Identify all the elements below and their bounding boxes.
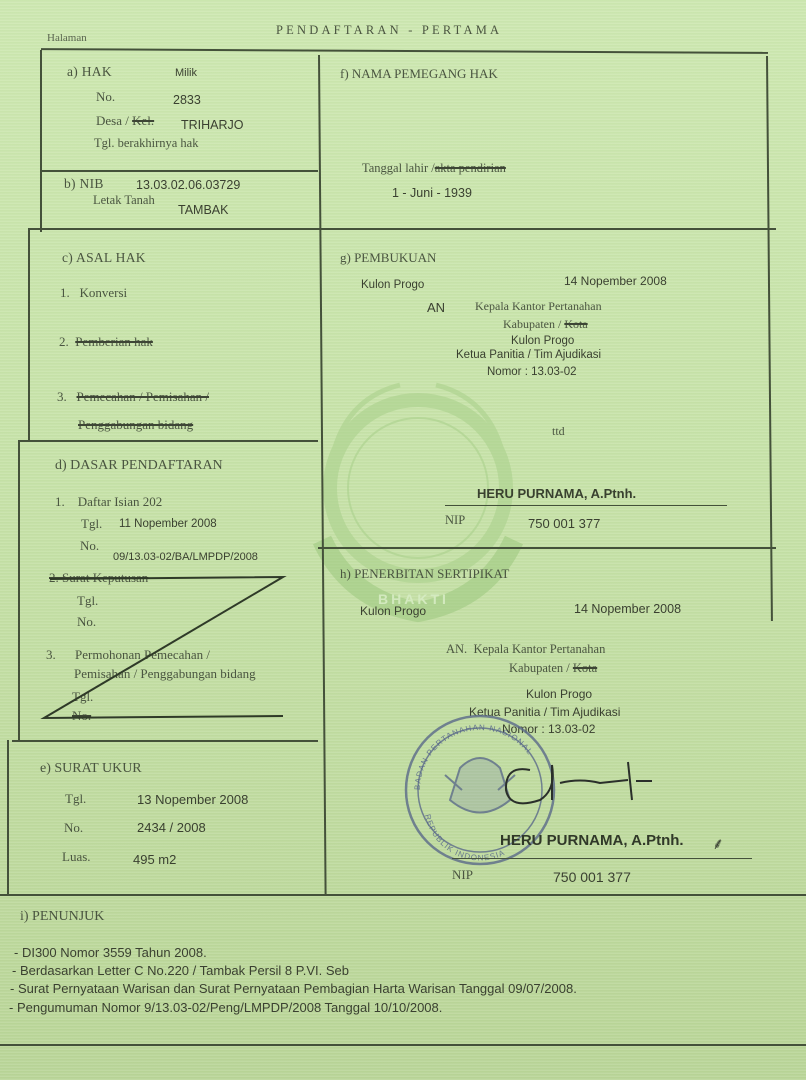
berakhir-label: Tgl. berakhirnya hak (94, 136, 198, 151)
section-a-heading: a) HAK (67, 64, 112, 80)
penunjuk-item: - DI300 Nomor 3559 Tahun 2008. (14, 945, 207, 960)
section-f-heading: f) NAMA PEMEGANG HAK (340, 66, 498, 82)
section-d-heading: d) DASAR PENDAFTARAN (55, 458, 223, 474)
asal-hak-item-2: 2. Pemberian hak (59, 334, 153, 350)
asal-hak-item-3: 3. Pemecahan / Pemisahan / (57, 389, 209, 405)
dasar-item-1-no-label: No. (80, 538, 99, 554)
pembukuan-office-1: Kepala Kantor Pertanahan (475, 299, 602, 314)
penunjuk-item: - Berdasarkan Letter C No.220 / Tambak P… (12, 963, 349, 978)
pembukuan-office-4: Ketua Panitia / Tim Ajudikasi (456, 349, 601, 361)
pembukuan-ttd: ttd (552, 424, 565, 439)
penerbitan-office-4: Ketua Panitia / Tim Ajudikasi (469, 705, 620, 719)
stamp-text-bottom: REPUBLIK INDONESIA (423, 813, 507, 862)
dasar-item-2-tgl: Tgl. (77, 593, 98, 609)
dasar-item-1: 1. Daftar Isian 202 (55, 494, 162, 510)
tanggal-struck-text: akta pendirian (435, 161, 506, 175)
signature (506, 762, 652, 803)
penerbitan-office-5: Nomor : 13.03-02 (502, 722, 595, 736)
no-label: No. (96, 89, 115, 105)
paraf-mark-icon: ⸙ (712, 832, 724, 854)
page-title: PENDAFTARAN - PERTAMA (276, 23, 502, 38)
dasar-item-3-no: No. (72, 708, 91, 724)
dasar-item-1-tgl-value: 11 Nopember 2008 (119, 518, 217, 530)
dasar-item-2: 2. Surat Keputusan (49, 570, 148, 586)
dasar-item-1-no-value: 09/13.03-02/BA/LMPDP/2008 (113, 551, 258, 563)
surat-ukur-luas-value: 495 m2 (133, 852, 176, 867)
penerbitan-place: Kulon Progo (360, 604, 426, 618)
surat-ukur-tgl-label: Tgl. (65, 791, 86, 807)
pembukuan-office-2: Kabupaten / Kota (503, 317, 588, 332)
letak-value: TAMBAK (178, 203, 228, 217)
asal-hak-item-3-cont: Penggabungan bidang (78, 417, 193, 433)
pembukuan-nip-value: 750 001 377 (528, 516, 600, 531)
dasar-item-3-tgl: Tgl. (72, 689, 93, 705)
svg-text:REPUBLIK INDONESIA: REPUBLIK INDONESIA (423, 813, 507, 862)
section-c-heading: c) ASAL HAK (62, 250, 146, 266)
letak-label: Letak Tanah (93, 193, 155, 208)
dasar-item-3-line1: Permohonan Pemecahan / (75, 647, 210, 663)
nib-value: 13.03.02.06.03729 (136, 178, 240, 192)
penerbitan-office-2: Kabupaten / Kota (509, 661, 597, 676)
section-i-heading: i) PENUNJUK (20, 909, 104, 925)
dasar-item-3-num: 3. (46, 647, 56, 663)
surat-ukur-no-value: 2434 / 2008 (137, 820, 206, 835)
desa-struck-text: Kel. (132, 113, 154, 128)
penerbitan-date: 14 Nopember 2008 (574, 602, 681, 616)
pembukuan-office-5: Nomor : 13.03-02 (487, 366, 577, 378)
section-e-heading: e) SURAT UKUR (40, 761, 142, 777)
dasar-item-2-no: No. (77, 614, 96, 630)
surat-ukur-tgl-value: 13 Nopember 2008 (137, 792, 248, 807)
hak-value: Milik (175, 67, 197, 79)
penunjuk-item: - Surat Pernyataan Warisan dan Surat Per… (10, 981, 577, 996)
penerbitan-office-3: Kulon Progo (526, 687, 592, 701)
surat-ukur-no-label: No. (64, 820, 83, 836)
pembukuan-place: Kulon Progo (361, 279, 424, 291)
penerbitan-nip-label: NIP (452, 867, 473, 883)
penerbitan-office-1: AN. Kepala Kantor Pertanahan (446, 642, 605, 657)
tanggal-lahir-label: Tanggal lahir /akta pendirian (362, 161, 506, 176)
tanggal-lahir-value: 1 - Juni - 1939 (392, 186, 472, 200)
desa-value: TRIHARJO (181, 118, 244, 132)
pembukuan-signer: HERU PURNAMA, A.Ptnh. (477, 486, 636, 501)
asal-hak-item-1: 1. Konversi (60, 285, 127, 301)
section-h-heading: h) PENERBITAN SERTIPIKAT (340, 566, 509, 582)
penunjuk-item: - Pengumuman Nomor 9/13.03-02/Peng/LMPDP… (9, 1000, 442, 1015)
nib-label: b) NIB (64, 176, 104, 192)
section-g-heading: g) PEMBUKUAN (340, 250, 436, 266)
dasar-item-1-tgl-label: Tgl. (81, 516, 102, 532)
pembukuan-nip-label: NIP (445, 513, 465, 528)
surat-ukur-luas-label: Luas. (62, 849, 91, 865)
dasar-item-3-line2: Pemisahan / Penggabungan bidang (74, 666, 256, 682)
page-label: Halaman (47, 32, 87, 44)
pembukuan-an: AN (427, 300, 445, 315)
penerbitan-signer: HERU PURNAMA, A.Ptnh. (500, 832, 684, 849)
pembukuan-office-3: Kulon Progo (511, 335, 574, 347)
no-value: 2833 (173, 93, 201, 107)
desa-label: Desa / Kel. (96, 113, 154, 129)
penerbitan-nip-value: 750 001 377 (553, 869, 631, 885)
pembukuan-date: 14 Nopember 2008 (564, 274, 667, 288)
